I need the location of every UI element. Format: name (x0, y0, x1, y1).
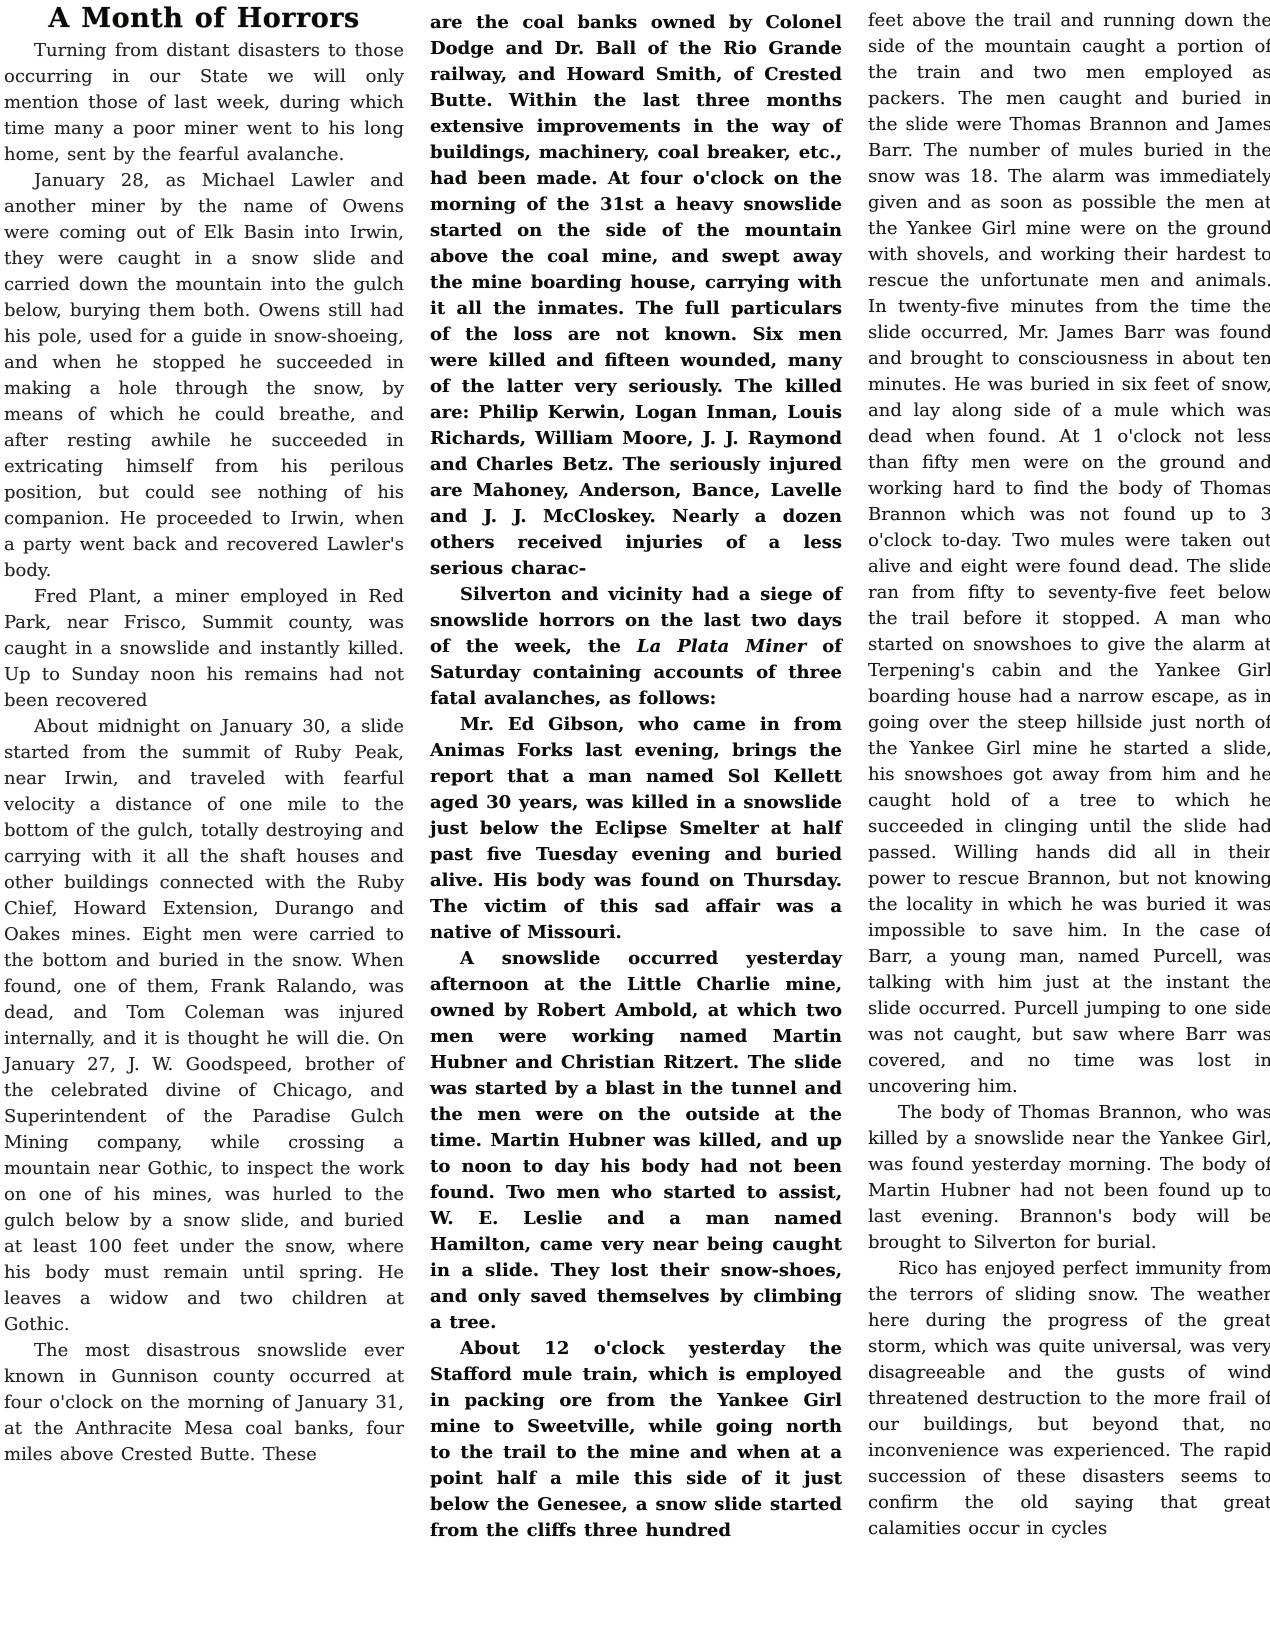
article-column-2: are the coal banks owned by Colonel Dodg… (430, 2, 842, 1644)
article-paragraph: The most disastrous snowslide ever known… (4, 1338, 404, 1468)
newspaper-name-italic: La Plata Miner (637, 636, 806, 657)
article-paragraph: Rico has enjoyed perfect immunity from t… (868, 1256, 1270, 1542)
article-paragraph: The body of Thomas Brannon, who was kill… (868, 1100, 1270, 1256)
article-paragraph: are the coal banks owned by Colonel Dodg… (430, 10, 842, 582)
article-paragraph: Turning from distant disasters to those … (4, 38, 404, 168)
article-paragraph: About midnight on January 30, a slide st… (4, 714, 404, 1338)
article-paragraph: Fred Plant, a miner employed in Red Park… (4, 584, 404, 714)
article-paragraph: January 28, as Michael Lawler and anothe… (4, 168, 404, 584)
newspaper-article-page: A Month of Horrors Turning from distant … (0, 0, 1270, 1644)
article-paragraph: About 12 o'clock yesterday the Stafford … (430, 1336, 842, 1544)
article-paragraph: Mr. Ed Gibson, who came in from Animas F… (430, 712, 842, 946)
article-column-3: feet above the trail and running down th… (868, 2, 1270, 1644)
article-paragraph: A snowslide occurred yesterday afternoon… (430, 946, 842, 1336)
article-paragraph: Silverton and vicinity had a siege of sn… (430, 582, 842, 712)
article-column-1: A Month of Horrors Turning from distant … (4, 2, 404, 1644)
article-paragraph: feet above the trail and running down th… (868, 8, 1270, 1100)
article-title: A Month of Horrors (4, 4, 404, 34)
